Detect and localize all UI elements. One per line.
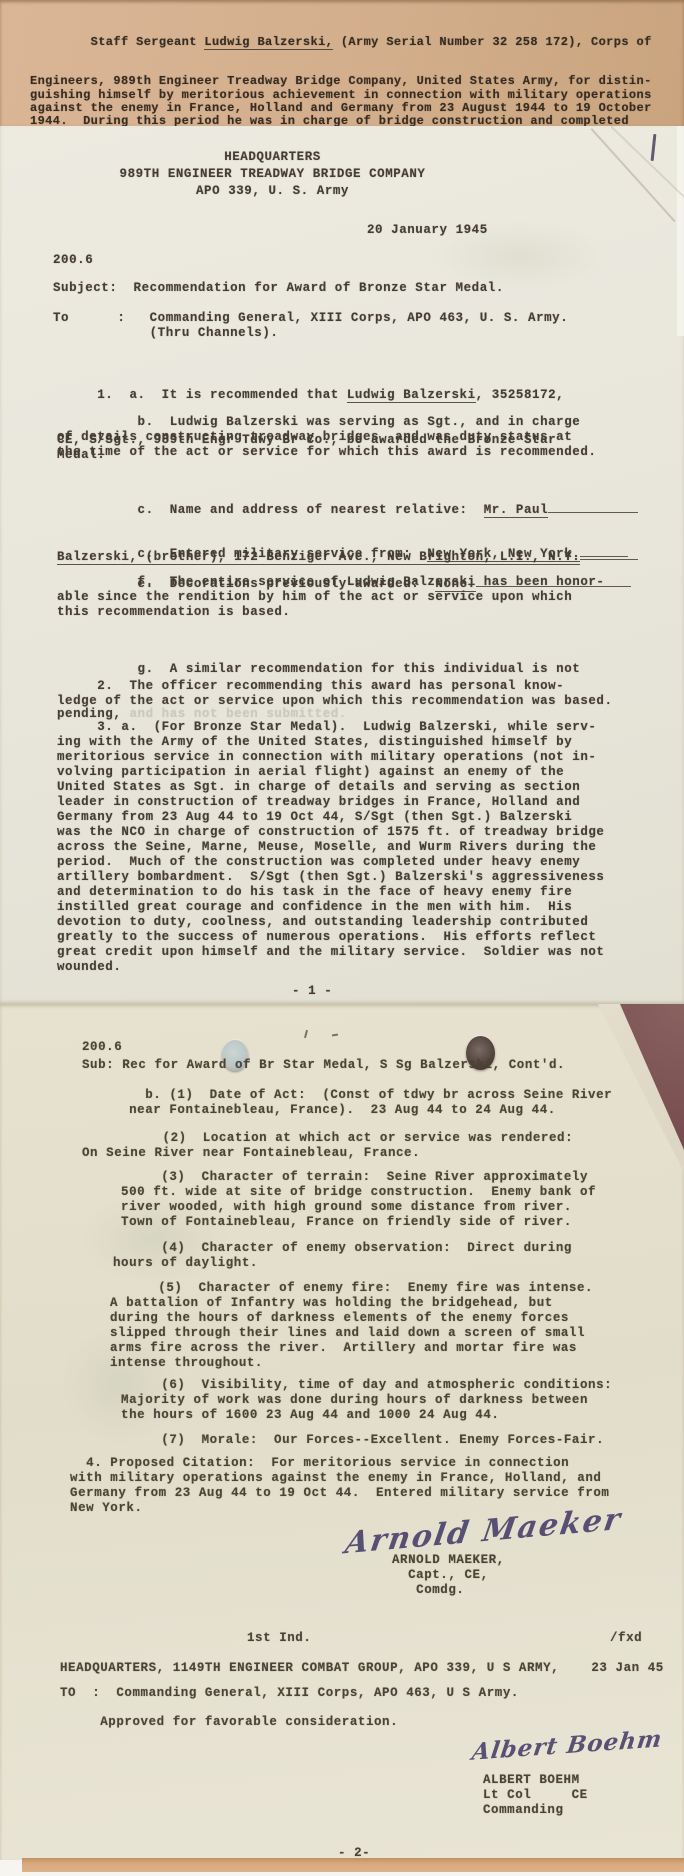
pen-mark [651, 134, 657, 161]
page-1-header: HEADQUARTERS989TH ENGINEER TREADWAY BRID… [0, 149, 545, 200]
para-b1: b. (1) Date of Act: (Const of tdwy br ac… [113, 1088, 612, 1118]
subject-line: Subject: Recommendation for Award of Bro… [53, 281, 504, 296]
para-b2: (2) Location at which act or service was… [82, 1131, 573, 1161]
page-1-number: - 1 - [292, 984, 332, 999]
para-1b: b. Ludwig Balzerski was serving as Sgt.,… [57, 415, 596, 460]
clerk-initials: /fxd [610, 1631, 642, 1646]
para-b7: (7) Morale: Our Forces--Excellent. Enemy… [113, 1433, 604, 1448]
scanned-document: Staff Sergeant Ludwig Balzerski, (Army S… [0, 0, 684, 1876]
citation-line-1: Staff Sergeant Ludwig Balzerski, (Army S… [30, 36, 674, 49]
para-3a: 3. a. (For Bronze Star Medal). Ludwig Ba… [57, 720, 604, 975]
page-2: 200.6 Sub: Rec for Award of Br Star Meda… [0, 1004, 684, 1860]
para-b5: (5) Character of enemy fire: Enemy fire … [110, 1281, 593, 1371]
pen-mark [332, 1033, 338, 1036]
to-block: To : Commanding General, XIII Corps, APO… [53, 311, 568, 341]
para-1a-line-1: 1. a. It is recommended that Ludwig Balz… [57, 388, 564, 403]
signature-2-script: Albert Boehm [470, 1725, 664, 1766]
file-number: 200.6 [53, 253, 93, 268]
para-b6: (6) Visibility, time of day and atmosphe… [113, 1378, 612, 1423]
para-proposed-citation: 4. Proposed Citation: For meritorious se… [62, 1456, 609, 1516]
para-b4: (4) Character of enemy observation: Dire… [113, 1241, 572, 1271]
indorsement-to-line: TO : Commanding General, XIII Corps, APO… [60, 1686, 519, 1701]
subject-line-page-2: Sub: Rec for Award of Br Star Medal, S S… [82, 1058, 565, 1073]
para-b3: (3) Character of terrain: Seine River ap… [113, 1170, 596, 1230]
para-2: 2. The officer recommending this award h… [57, 679, 613, 709]
file-number-page-2: 200.6 [82, 1040, 122, 1055]
citation-slip: Staff Sergeant Ludwig Balzerski, (Army S… [0, 0, 684, 128]
indorsement-hq-line: HEADQUARTERS, 1149TH ENGINEER COMBAT GRO… [60, 1661, 664, 1676]
para-1f: f. The entire service of Ludwig Balzersk… [57, 575, 604, 620]
first-indorsement-label: 1st Ind. [247, 1631, 311, 1646]
page-edge [677, 126, 684, 336]
date-line: 20 January 1945 [367, 223, 488, 238]
signature-1-typed: ARNOLD MAEKER, Capt., CE, Comdg. [392, 1553, 505, 1598]
bottom-paper-strip [22, 1858, 684, 1872]
pen-mark [304, 1030, 308, 1038]
page-1: HEADQUARTERS989TH ENGINEER TREADWAY BRID… [0, 126, 684, 1004]
signature-2-typed: ALBERT BOEHMLt Col CECommanding [483, 1773, 588, 1818]
approved-line: Approved for favorable consideration. [60, 1715, 398, 1730]
